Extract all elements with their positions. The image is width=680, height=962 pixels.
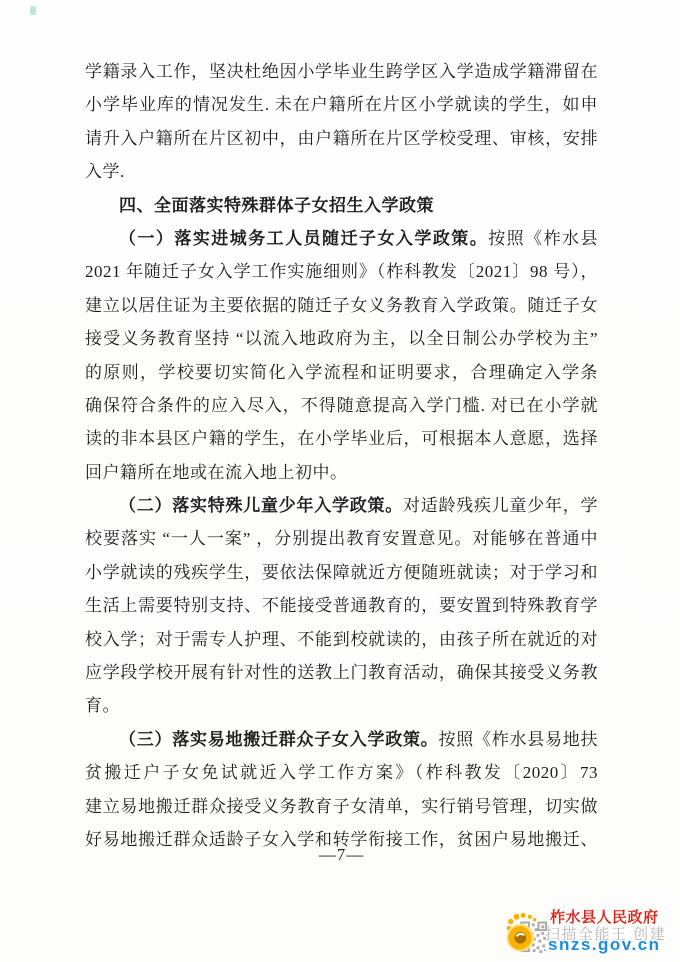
scan-artifact [30, 6, 36, 15]
text-line: 校入学；对于需专人护理、不能到校就读的，由孩子所在就近的对 [85, 623, 598, 656]
text-segment: 回户籍所在地或在流入地上初中。 [85, 463, 348, 482]
bold-heading-segment: 四、全面落实特殊群体子女招生入学政策 [119, 196, 434, 215]
text-segment: 建立以居住证为主要依据的随迁子女义务教育入学政策。随迁子女 [85, 296, 598, 315]
text-line: 建立以居住证为主要依据的随迁子女义务教育入学政策。随迁子女 [85, 289, 598, 322]
bold-heading-segment: （一）落实进城务工人员随迁子女入学政策。 [119, 229, 488, 248]
text-segment: 小学毕业库的情况发生. 未在户籍所在片区小学就读的学生，如申 [85, 95, 598, 114]
text-line: 回户籍所在地或在流入地上初中。 [85, 456, 598, 489]
text-line: 读的非本县区户籍的学生，在小学毕业后，可根据本人意愿，选择 [85, 422, 598, 455]
gov-url-text: snzs.gov.cn [548, 935, 661, 955]
text-segment: 入学. [85, 162, 125, 181]
text-segment: 育。 [85, 696, 120, 715]
text-segment: 建立易地搬迁群众接受义务教育子女清单，实行销号管理，切实做 [85, 797, 598, 816]
text-line: 确保符合条件的应入尽入，不得随意提高入学门槛. 对已在小学就 [85, 389, 598, 422]
text-line: 的原则，学校要切实简化入学流程和证明要求，合理确定入学条件， [85, 356, 598, 389]
bold-heading-segment: （二）落实特殊儿童少年入学政策。 [119, 496, 403, 515]
text-line: 请升入户籍所在片区初中，由户籍所在片区学校受理、审核，安排 [85, 122, 598, 155]
text-segment: 读的非本县区户籍的学生，在小学毕业后，可根据本人意愿，选择 [85, 429, 598, 448]
scanned-page: 学籍录入工作，坚决杜绝因小学毕业生跨学区入学造成学籍滞留在小学毕业库的情况发生.… [0, 0, 680, 962]
text-line: 生活上需要特别支持、不能接受普通教育的，要安置到特殊教育学 [85, 589, 598, 622]
text-line: 建立易地搬迁群众接受义务教育子女清单，实行销号管理，切实做 [85, 790, 598, 823]
text-line: 接受义务教育坚持 “以流入地政府为主，以全日制公办学校为主” [85, 322, 598, 355]
text-line: 校要落实 “一人一案” ，分别提出教育安置意见。对能够在普通中 [85, 522, 598, 555]
text-segment: 贫搬迁户子女免试就近入学工作方案》（柞科教发〔2020〕73 号）， [85, 763, 598, 789]
text-line: 育。 [85, 689, 598, 722]
text-line: （二）落实特殊儿童少年入学政策。对适龄残疾儿童少年，学 [85, 489, 598, 522]
watermark: 柞水县人民政府 扫描全能王 创建 snzs.gov.cn [504, 902, 676, 960]
text-line: 入学. [85, 155, 598, 188]
text-segment: 生活上需要特别支持、不能接受普通教育的，要安置到特殊教育学 [85, 596, 598, 615]
text-line: 小学毕业库的情况发生. 未在户籍所在片区小学就读的学生，如申 [85, 88, 598, 121]
text-segment: 应学段学校开展有针对性的送教上门教育活动，确保其接受义务教 [85, 663, 598, 682]
text-segment: 按照《柞水县 [488, 229, 598, 248]
text-line: 贫搬迁户子女免试就近入学工作方案》（柞科教发〔2020〕73 号）， [85, 756, 598, 789]
text-line: 应学段学校开展有针对性的送教上门教育活动，确保其接受义务教 [85, 656, 598, 689]
text-segment: 小学就读的残疾学生，要依法保障就近方便随班就读；对于学习和 [85, 563, 598, 582]
page-number: —7— [85, 845, 598, 865]
text-segment: 按照《柞水县易地扶 [439, 730, 599, 749]
text-segment: 的原则，学校要切实简化入学流程和证明要求，合理确定入学条件， [85, 363, 598, 389]
document-body: 学籍录入工作，坚决杜绝因小学毕业生跨学区入学造成学籍滞留在小学毕业库的情况发生.… [85, 55, 598, 856]
text-line: 2021 年随迁子女入学工作实施细则》（柞科教发〔2021〕98 号）， [85, 255, 598, 288]
text-line: 四、全面落实特殊群体子女招生入学政策 [85, 189, 598, 222]
text-segment: 学籍录入工作，坚决杜绝因小学毕业生跨学区入学造成学籍滞留在 [85, 62, 598, 81]
bold-heading-segment: （三）落实易地搬迁群众子女入学政策。 [119, 730, 439, 749]
text-segment: 确保符合条件的应入尽入，不得随意提高入学门槛. 对已在小学就 [85, 396, 598, 415]
text-segment: 校入学；对于需专人护理、不能到校就读的，由孩子所在就近的对 [85, 630, 598, 649]
text-segment: 校要落实 “一人一案” ，分别提出教育安置意见。对能够在普通中 [85, 529, 598, 548]
text-line: （三）落实易地搬迁群众子女入学政策。按照《柞水县易地扶 [85, 723, 598, 756]
text-line: 小学就读的残疾学生，要依法保障就近方便随班就读；对于学习和 [85, 556, 598, 589]
text-segment: 2021 年随迁子女入学工作实施细则》（柞科教发〔2021〕98 号）， [85, 262, 598, 281]
text-line: （一）落实进城务工人员随迁子女入学政策。按照《柞水县 [85, 222, 598, 255]
text-line: 学籍录入工作，坚决杜绝因小学毕业生跨学区入学造成学籍滞留在 [85, 55, 598, 88]
text-segment: 接受义务教育坚持 “以流入地政府为主，以全日制公办学校为主” [85, 329, 598, 348]
gov-seal-qr-icon [506, 911, 548, 955]
text-segment: 请升入户籍所在片区初中，由户籍所在片区学校受理、审核，安排 [85, 129, 598, 148]
text-segment: 对适龄残疾儿童少年，学 [403, 496, 598, 515]
